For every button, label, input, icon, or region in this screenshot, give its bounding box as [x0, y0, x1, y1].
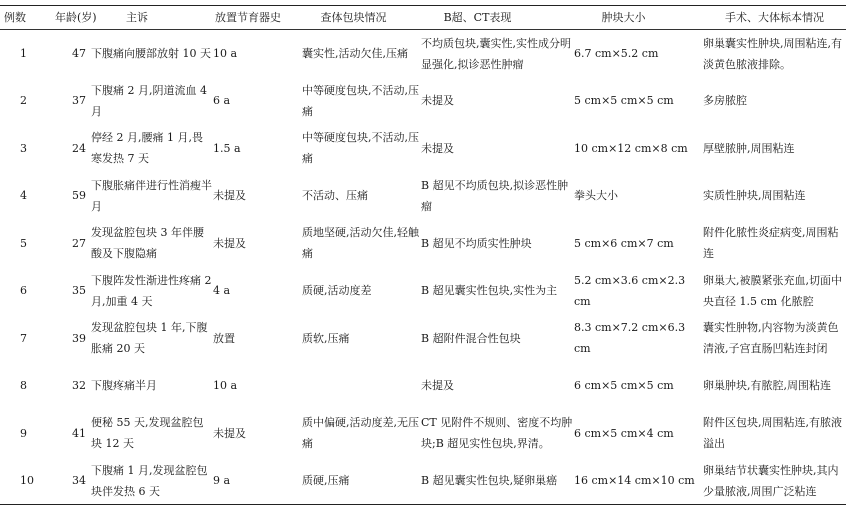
table-row: 3 24 停经 2 月,腰痛 1 月,畏寒发热 7 天 1.5 a 中等硬度包块… — [0, 125, 846, 173]
cell-surgery-findings: 多房脓腔 — [703, 77, 846, 125]
cell-case-number: 9 — [0, 410, 55, 458]
cell-mass-exam — [302, 362, 421, 410]
header-row: 例数 年龄(岁) 主诉 放置节育器史 查体包块情况 B超、CT表现 肿块大小 手… — [0, 6, 846, 30]
cell-mass-size: 拳头大小 — [574, 172, 703, 220]
header-surgery-findings: 手术、大体标本情况 — [703, 6, 846, 30]
cell-surgery-findings: 厚壁脓肿,周围粘连 — [703, 125, 846, 173]
cell-iud-history: 10 a — [213, 362, 302, 410]
cell-imaging: 未提及 — [421, 362, 574, 410]
table-row: 6 35 下腹阵发性渐进性疼痛 2 月,加重 4 天 4 a 质硬,活动度差 B… — [0, 267, 846, 315]
header-case-number: 例数 — [0, 6, 55, 30]
header-chief-complaint: 主诉 — [91, 6, 213, 30]
cell-chief-complaint: 下腹阵发性渐进性疼痛 2 月,加重 4 天 — [91, 267, 213, 315]
case-table: 例数 年龄(岁) 主诉 放置节育器史 查体包块情况 B超、CT表现 肿块大小 手… — [0, 5, 846, 505]
cell-mass-exam: 质地坚硬,活动欠佳,轻触痛 — [302, 220, 421, 268]
cell-age: 47 — [55, 30, 91, 78]
cell-imaging: B 超附件混合性包块 — [421, 315, 574, 363]
cell-age: 32 — [55, 362, 91, 410]
cell-mass-exam: 质中偏硬,活动度差,无压痛 — [302, 410, 421, 458]
cell-case-number: 8 — [0, 362, 55, 410]
cell-case-number: 1 — [0, 30, 55, 78]
cell-case-number: 10 — [0, 457, 55, 505]
cell-chief-complaint: 发现盆腔包块 1 年,下腹胀痛 20 天 — [91, 315, 213, 363]
cell-mass-size: 6 cm×5 cm×4 cm — [574, 410, 703, 458]
cell-imaging: 不均质包块,囊实性,实性成分明显强化,拟诊恶性肿瘤 — [421, 30, 574, 78]
cell-case-number: 7 — [0, 315, 55, 363]
table-row: 5 27 发现盆腔包块 3 年伴腰酸及下腹隐痛 未提及 质地坚硬,活动欠佳,轻触… — [0, 220, 846, 268]
case-table-container: 例数 年龄(岁) 主诉 放置节育器史 查体包块情况 B超、CT表现 肿块大小 手… — [0, 5, 846, 505]
cell-mass-exam: 中等硬度包块,不活动,压痛 — [302, 125, 421, 173]
cell-mass-size: 16 cm×14 cm×10 cm — [574, 457, 703, 505]
cell-iud-history: 放置 — [213, 315, 302, 363]
cell-case-number: 6 — [0, 267, 55, 315]
cell-imaging: 未提及 — [421, 125, 574, 173]
cell-surgery-findings: 囊实性肿物,内容物为淡黄色清液,子宫直肠凹粘连封闭 — [703, 315, 846, 363]
cell-chief-complaint: 便秘 55 天,发现盆腔包块 12 天 — [91, 410, 213, 458]
cell-iud-history: 10 a — [213, 30, 302, 78]
cell-chief-complaint: 下腹疼痛半月 — [91, 362, 213, 410]
cell-chief-complaint: 下腹胀痛伴进行性消瘦半月 — [91, 172, 213, 220]
cell-chief-complaint: 下腹痛向腰部放射 10 天 — [91, 30, 213, 78]
cell-imaging: B 超见囊实性包块,实性为主 — [421, 267, 574, 315]
cell-age: 34 — [55, 457, 91, 505]
cell-age: 27 — [55, 220, 91, 268]
cell-case-number: 2 — [0, 77, 55, 125]
cell-age: 24 — [55, 125, 91, 173]
table-row: 1 47 下腹痛向腰部放射 10 天 10 a 囊实性,活动欠佳,压痛 不均质包… — [0, 30, 846, 78]
table-row: 9 41 便秘 55 天,发现盆腔包块 12 天 未提及 质中偏硬,活动度差,无… — [0, 410, 846, 458]
cell-age: 39 — [55, 315, 91, 363]
cell-case-number: 4 — [0, 172, 55, 220]
cell-age: 41 — [55, 410, 91, 458]
cell-iud-history: 1.5 a — [213, 125, 302, 173]
cell-mass-size: 6.7 cm×5.2 cm — [574, 30, 703, 78]
header-mass-size: 肿块大小 — [574, 6, 703, 30]
cell-age: 37 — [55, 77, 91, 125]
cell-iud-history: 未提及 — [213, 220, 302, 268]
table-row: 2 37 下腹痛 2 月,阴道流血 4 月 6 a 中等硬度包块,不活动,压痛 … — [0, 77, 846, 125]
table-row: 10 34 下腹痛 1 月,发现盆腔包块伴发热 6 天 9 a 质硬,压痛 B … — [0, 457, 846, 505]
table-row: 4 59 下腹胀痛伴进行性消瘦半月 未提及 不活动、压痛 B 超见不均质包块,拟… — [0, 172, 846, 220]
cell-iud-history: 未提及 — [213, 410, 302, 458]
cell-case-number: 5 — [0, 220, 55, 268]
cell-surgery-findings: 卵巢囊实性肿块,周围粘连,有淡黄色脓液排除。 — [703, 30, 846, 78]
cell-mass-exam: 质硬,活动度差 — [302, 267, 421, 315]
cell-imaging: CT 见附件不规则、密度不均肿块;B 超见实性包块,界清。 — [421, 410, 574, 458]
cell-chief-complaint: 下腹痛 2 月,阴道流血 4 月 — [91, 77, 213, 125]
cell-surgery-findings: 卵巢大,被膜紧张充血,切面中央直径 1.5 cm 化脓腔 — [703, 267, 846, 315]
cell-age: 35 — [55, 267, 91, 315]
cell-mass-size: 8.3 cm×7.2 cm×6.3 cm — [574, 315, 703, 363]
cell-mass-exam: 质硬,压痛 — [302, 457, 421, 505]
cell-mass-size: 10 cm×12 cm×8 cm — [574, 125, 703, 173]
cell-mass-exam: 质软,压痛 — [302, 315, 421, 363]
cell-imaging: B 超见不均质实性肿块 — [421, 220, 574, 268]
cell-surgery-findings: 卵巢结节状囊实性肿块,其内少量脓液,周围广泛粘连 — [703, 457, 846, 505]
cell-mass-size: 5 cm×5 cm×5 cm — [574, 77, 703, 125]
cell-chief-complaint: 下腹痛 1 月,发现盆腔包块伴发热 6 天 — [91, 457, 213, 505]
table-row: 8 32 下腹疼痛半月 10 a 未提及 6 cm×5 cm×5 cm 卵巢肿块… — [0, 362, 846, 410]
table-body: 1 47 下腹痛向腰部放射 10 天 10 a 囊实性,活动欠佳,压痛 不均质包… — [0, 30, 846, 505]
header-iud-history: 放置节育器史 — [213, 6, 302, 30]
cell-surgery-findings: 附件化脓性炎症病变,周围粘连 — [703, 220, 846, 268]
cell-iud-history: 6 a — [213, 77, 302, 125]
cell-mass-exam: 不活动、压痛 — [302, 172, 421, 220]
cell-surgery-findings: 实质性肿块,周围粘连 — [703, 172, 846, 220]
cell-iud-history: 4 a — [213, 267, 302, 315]
cell-case-number: 3 — [0, 125, 55, 173]
header-imaging: B超、CT表现 — [421, 6, 574, 30]
cell-imaging: B 超见不均质包块,拟诊恶性肿瘤 — [421, 172, 574, 220]
cell-mass-size: 6 cm×5 cm×5 cm — [574, 362, 703, 410]
header-age: 年龄(岁) — [55, 6, 91, 30]
cell-iud-history: 未提及 — [213, 172, 302, 220]
cell-surgery-findings: 附件区包块,周围粘连,有脓液溢出 — [703, 410, 846, 458]
table-header: 例数 年龄(岁) 主诉 放置节育器史 查体包块情况 B超、CT表现 肿块大小 手… — [0, 6, 846, 30]
cell-imaging: 未提及 — [421, 77, 574, 125]
cell-age: 59 — [55, 172, 91, 220]
cell-mass-size: 5.2 cm×3.6 cm×2.3 cm — [574, 267, 703, 315]
cell-iud-history: 9 a — [213, 457, 302, 505]
cell-chief-complaint: 发现盆腔包块 3 年伴腰酸及下腹隐痛 — [91, 220, 213, 268]
cell-surgery-findings: 卵巢肿块,有脓腔,周围粘连 — [703, 362, 846, 410]
header-mass-exam: 查体包块情况 — [302, 6, 421, 30]
cell-mass-exam: 中等硬度包块,不活动,压痛 — [302, 77, 421, 125]
cell-chief-complaint: 停经 2 月,腰痛 1 月,畏寒发热 7 天 — [91, 125, 213, 173]
cell-mass-exam: 囊实性,活动欠佳,压痛 — [302, 30, 421, 78]
table-row: 7 39 发现盆腔包块 1 年,下腹胀痛 20 天 放置 质软,压痛 B 超附件… — [0, 315, 846, 363]
cell-mass-size: 5 cm×6 cm×7 cm — [574, 220, 703, 268]
cell-imaging: B 超见囊实性包块,疑卵巢癌 — [421, 457, 574, 505]
